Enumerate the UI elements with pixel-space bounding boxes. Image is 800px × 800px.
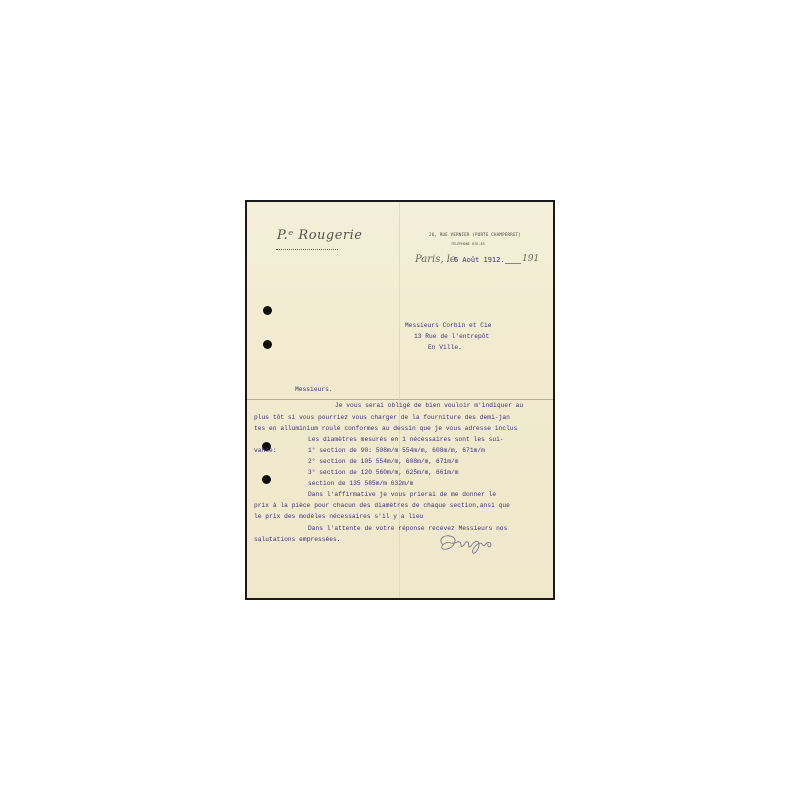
salutation: Messieurs. [295, 386, 333, 393]
letterhead-subtitle: INGÉNIEUR-CONSEIL CONSTRUCTEUR [276, 249, 338, 252]
recipient-name: Messieurs Corbin et Cie [405, 322, 492, 329]
letter-page: P.ᵉ Rougerie INGÉNIEUR-CONSEIL CONSTRUCT… [247, 202, 553, 598]
body-line: prix à la pièce pour chacun des diamètre… [254, 502, 510, 509]
punch-hole-icon [263, 306, 272, 315]
date-underline [505, 263, 521, 264]
recipient-street: 13 Rue de l'entrepôt [414, 333, 489, 340]
date-place-prefix: Paris, le [415, 254, 456, 265]
letterhead-telephone: TÉLÉPHONE 670-85 [451, 242, 485, 246]
recipient-city: En Ville. [428, 344, 462, 351]
body-line: le prix des modèles nécessaires s'il y a… [254, 513, 423, 520]
section-row: 3° section de 120 560m/m, 625m/m, 661m/m [308, 469, 459, 476]
body-line: Dans l'affirmative je vous prierai de me… [308, 491, 496, 498]
signature-icon [435, 529, 497, 559]
fold-crease-vertical [399, 202, 400, 598]
section-row: section de 135 585m/m 632m/m [308, 480, 413, 487]
body-line: plus tôt si vous pourriez vous charger d… [254, 414, 510, 421]
punch-hole-icon [263, 340, 272, 349]
fold-crease-horizontal [247, 399, 553, 400]
letter-date: 6 Août 1912. [454, 256, 505, 264]
date-year-suffix: 191 [522, 254, 539, 264]
section-row: 2° section de 105 554m/m, 608m/m, 671m/m [308, 458, 459, 465]
letterhead-address: 26, RUE VERNIER (PORTE CHAMPERRET) [429, 232, 521, 237]
closing-line: salutations empressées. [254, 536, 341, 543]
body-line: tes en alluminium roulé conformes au des… [254, 425, 517, 432]
body-line: Je vous serai obligé de bien vouloir m'i… [335, 402, 523, 409]
punch-hole-icon [262, 475, 271, 484]
letterhead-company: P.ᵉ Rougerie [277, 228, 362, 243]
document-frame: P.ᵉ Rougerie INGÉNIEUR-CONSEIL CONSTRUCT… [245, 200, 555, 600]
body-line: vante: [254, 447, 277, 454]
section-row: 1° section de 90: 508m/m 554m/m, 608m/m,… [308, 447, 485, 454]
body-line: Les diamètres mesurés en 1 nécessaires s… [308, 436, 504, 443]
